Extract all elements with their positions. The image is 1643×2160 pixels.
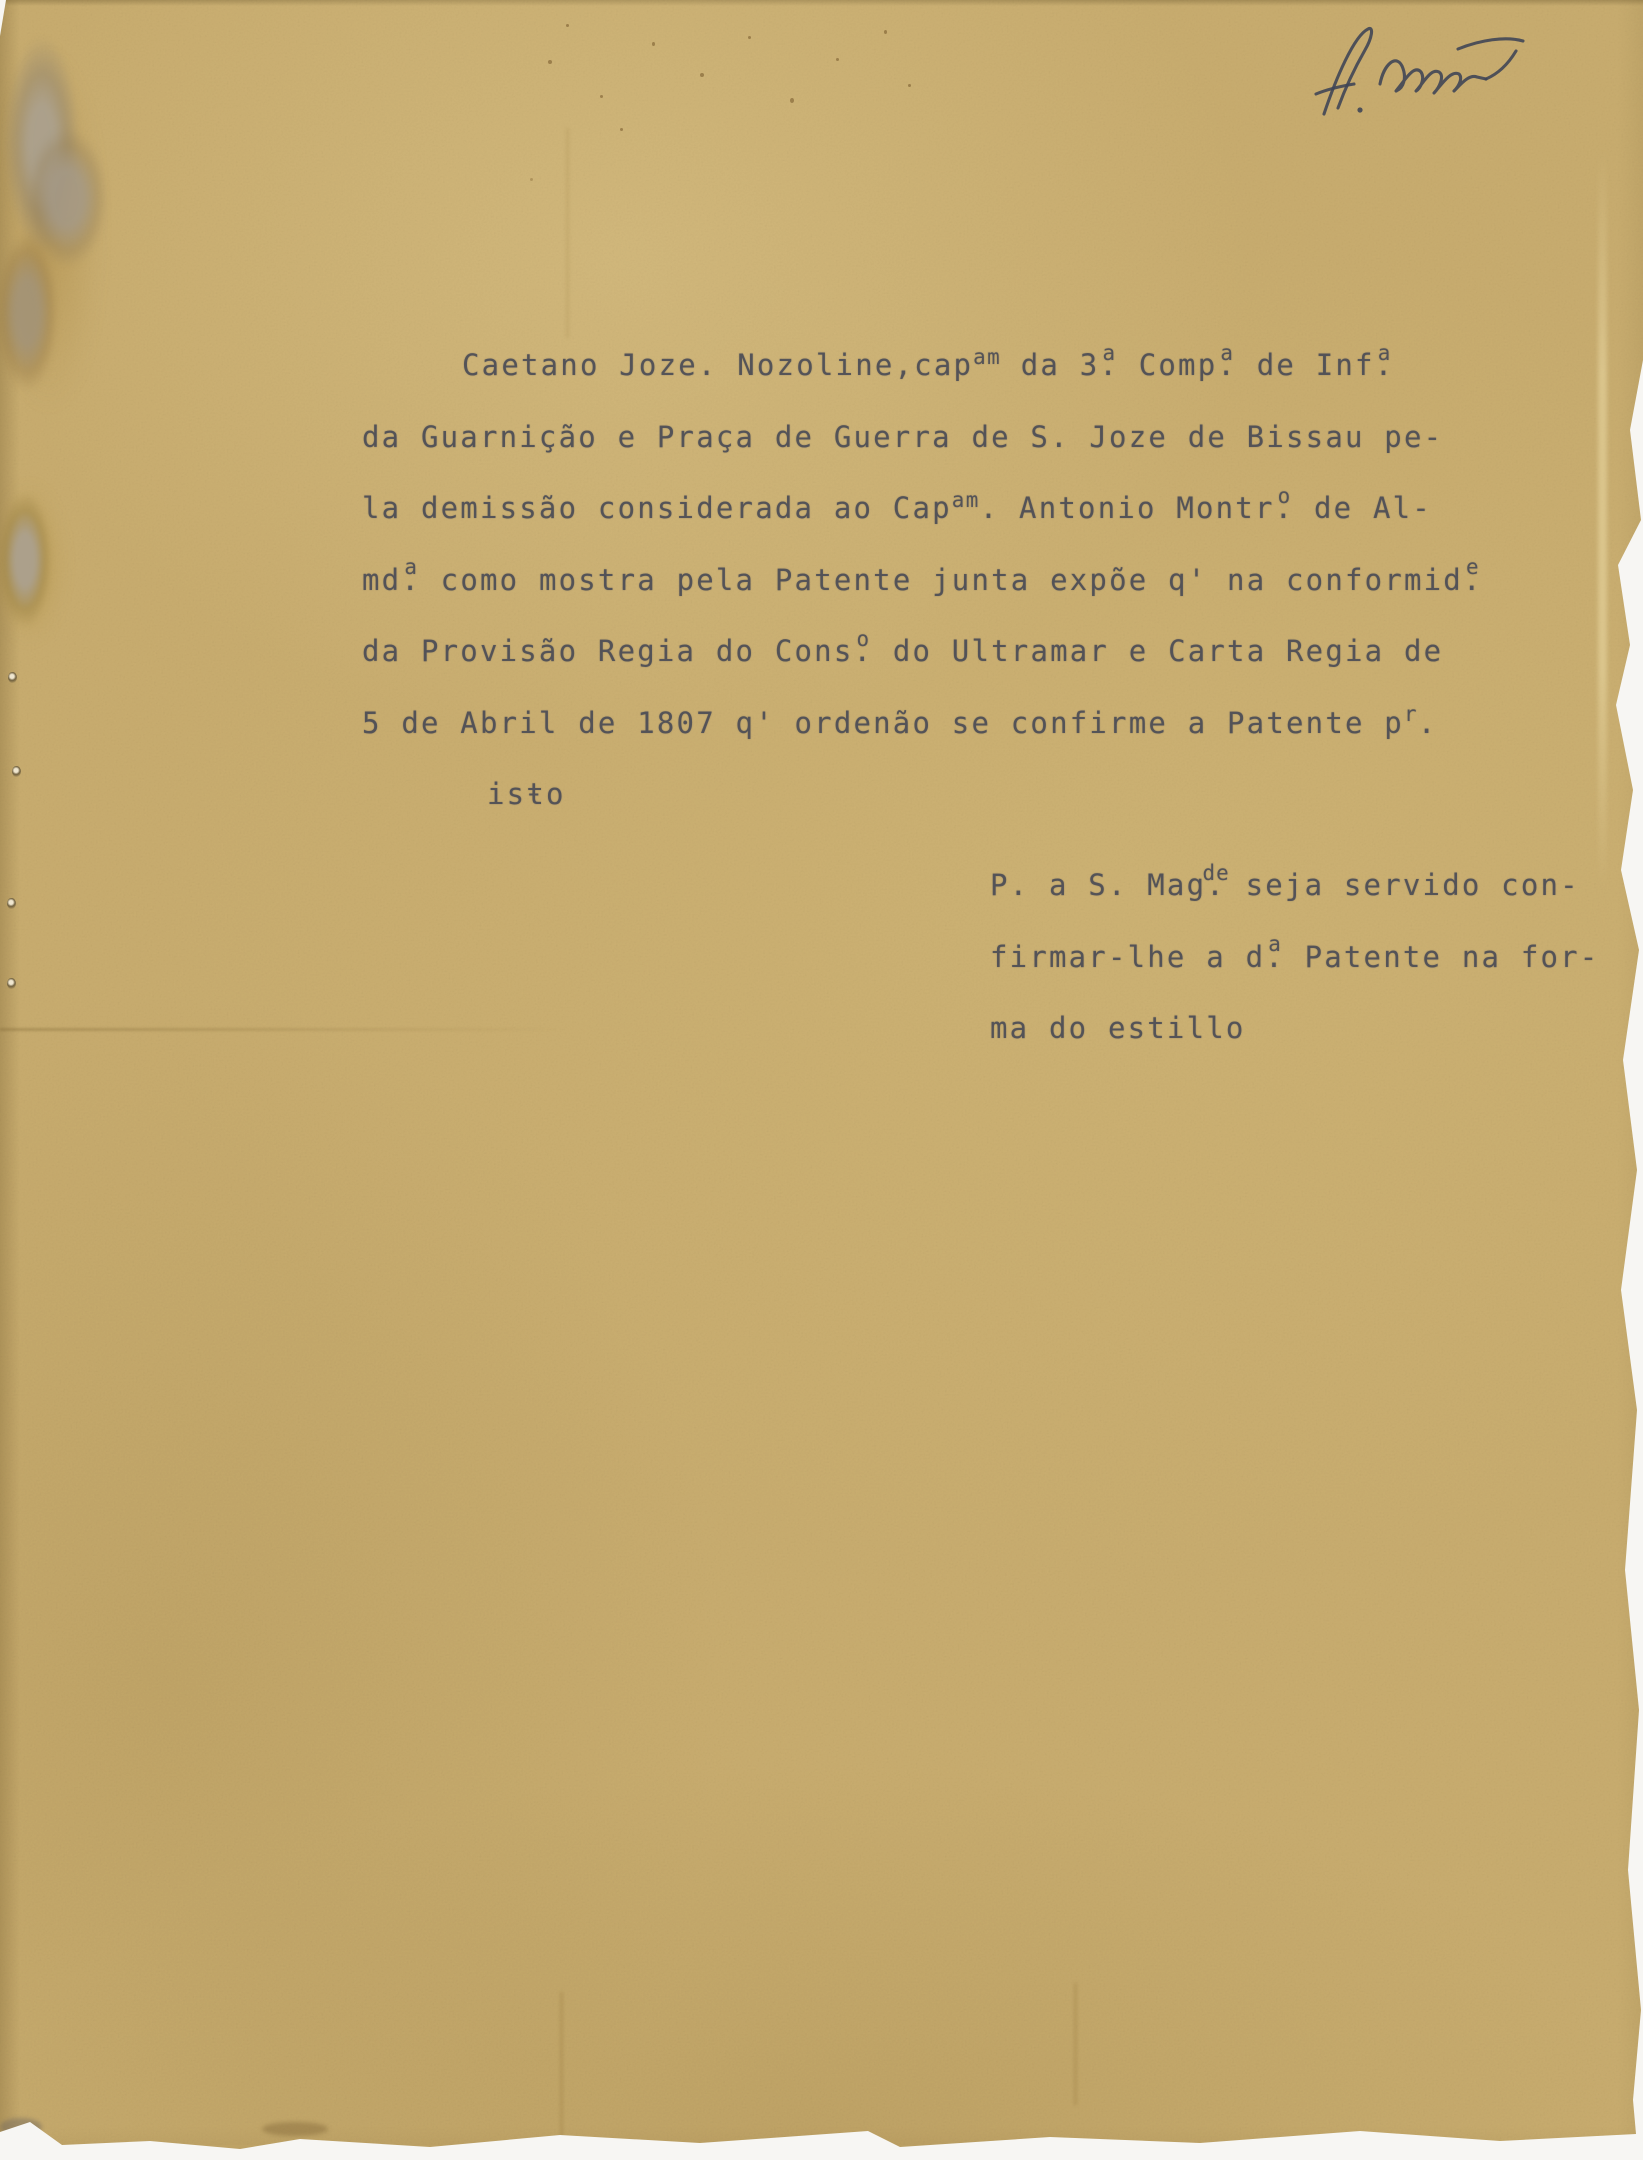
superscript-letter: de [1203,838,1230,910]
typed-text: de Al- [1294,491,1432,525]
typed-text: isŧo [487,777,566,811]
pinhole [8,672,17,683]
superscript-abbreviation: r [1404,702,1418,726]
typed-text: da Provisão Regia do Cons [362,634,854,668]
superscript-over-period: de. [1206,850,1226,922]
typed-line: Caetano Joze. Nozoline,capam da 3a. Comp… [462,330,1483,402]
right-edge-highlight [1598,150,1607,890]
typed-text: Caetano Joze. Nozoline,cap [462,348,973,382]
fox-spot [566,24,569,27]
glue-stain-top-left-3 [0,232,58,392]
typed-text: como mostra pela Patente junta expõe q' … [421,563,1463,597]
superscript-over-period: a. [1217,330,1237,402]
fox-spot [748,36,751,39]
superscript-letter: o [857,604,871,676]
superscript-abbreviation: am [973,345,1001,369]
superscript-letter: a [1220,318,1234,390]
fox-spot [836,58,839,61]
superscript-over-period: a. [401,545,421,617]
superscript-letter: a [404,532,418,604]
superscript-over-period: a. [1099,330,1119,402]
scanned-document: { "page": { "kind": "archival scanned ty… [0,0,1643,2160]
typed-line: 5 de Abril de 1807 q' ordenão se confirm… [362,688,1483,760]
typed-text: md [362,563,401,597]
pinhole [7,978,16,989]
typed-text: firmar-lhe a d [990,940,1265,974]
typed-line: firmar-lhe a da. Patente na for- [990,922,1599,994]
typed-text: Comp [1119,348,1217,382]
superscript-letter: a [1378,318,1392,390]
typed-text: da Guarnição e Praça de Guerra de S. Joz… [362,420,1443,454]
fox-spot [530,178,533,181]
typed-text: do Ultramar e Carta Regia de [873,634,1443,668]
typed-line: isŧo [487,759,1483,831]
fox-spot [652,42,655,46]
superscript-letter: a [1102,318,1116,390]
typed-text: de Inf [1237,348,1375,382]
fox-spot [908,84,911,87]
typed-line: P. a S. Magde. seja servido con- [990,850,1599,922]
bottom-edge-smudge [262,2122,328,2136]
bottom-left-smudge [0,2118,42,2136]
typed-line: da Provisão Regia do Conso. do Ultramar … [362,616,1483,688]
typed-paragraph-petition: P. a S. Magde. seja servido con-firmar-l… [990,850,1599,1065]
paper-streak [566,128,569,338]
typed-text: da 3 [1001,348,1099,382]
superscript-over-period: o. [854,616,874,688]
typed-line: la demissão considerada ao Capam. Antoni… [362,473,1483,545]
superscript-letter: o [1278,461,1292,533]
signature-handwriting [1308,16,1543,121]
pinhole [12,766,21,777]
typed-text: P. a S. Mag [990,868,1206,902]
fox-spot [790,98,794,103]
fox-spot [884,30,887,34]
fox-spot [700,73,704,77]
typed-text: Patente na for- [1285,940,1600,974]
fox-spot [620,128,623,131]
superscript-over-period: a. [1375,330,1395,402]
typed-paragraph-main: Caetano Joze. Nozoline,capam da 3a. Comp… [362,330,1483,831]
typed-line: mda. como mostra pela Patente junta expõ… [362,545,1483,617]
typed-text: 5 de Abril de 1807 q' ordenão se confirm… [362,706,1404,740]
superscript-over-period: e. [1463,545,1483,617]
typed-text: . [1418,706,1438,740]
typed-text: seja servido con- [1226,868,1580,902]
pinhole [7,898,16,909]
typed-text: ma do estillo [990,1011,1246,1045]
typed-line: da Guarnição e Praça de Guerra de S. Joz… [362,402,1483,474]
fox-spot [548,60,552,64]
paper-streak [560,1992,563,2138]
superscript-letter: a [1268,909,1282,981]
paper-sheet: Caetano Joze. Nozoline,capam da 3a. Comp… [0,0,1643,2160]
typed-text: la demissão considerada ao Cap [362,491,952,525]
superscript-letter: e [1466,532,1480,604]
superscript-over-period: o. [1275,473,1295,545]
superscript-abbreviation: am [952,488,980,512]
paper-grain-texture [0,0,1643,2145]
paper-crease [0,1028,560,1031]
typed-line: ma do estillo [990,993,1599,1065]
typed-text: . Antonio Montr [980,491,1275,525]
fox-spot [600,95,603,98]
paper-streak [1074,1983,1077,2105]
superscript-over-period: a. [1265,922,1285,994]
